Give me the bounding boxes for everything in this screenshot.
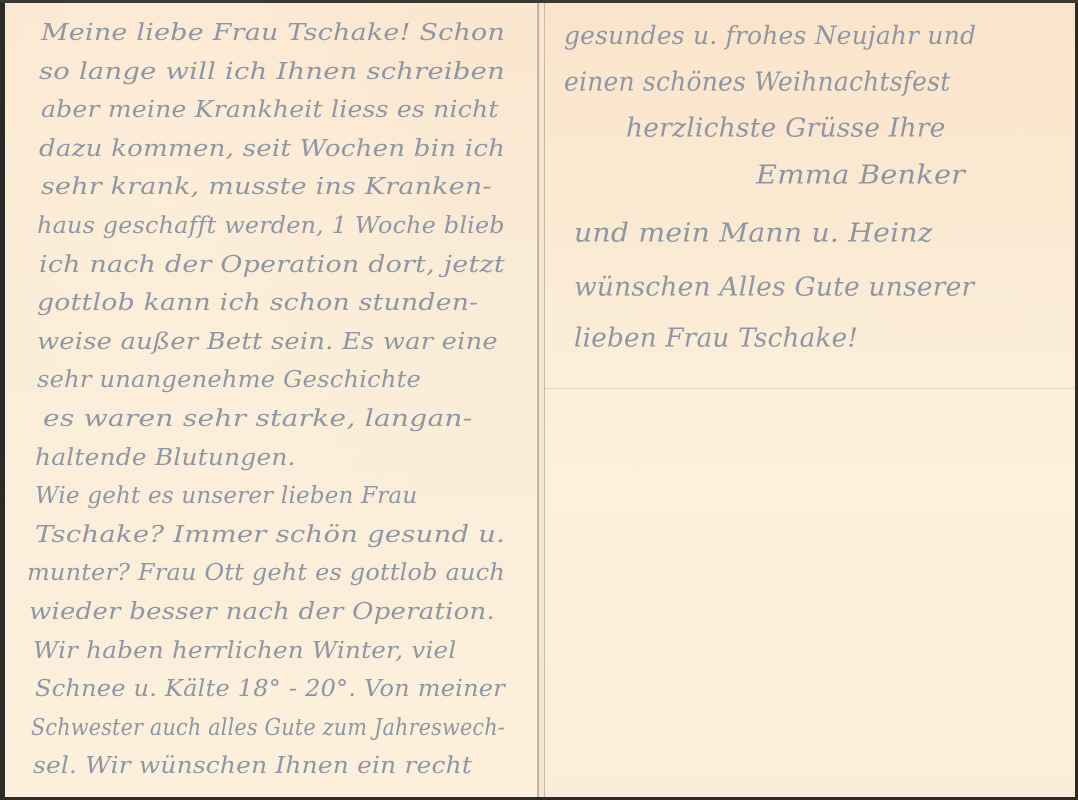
letter-line: munter? Frau Ott geht es gottlob auch	[27, 560, 505, 586]
letter-line: sehr krank, musste ins Kranken-	[41, 174, 492, 200]
letter-line: gottlob kann ich schon stunden-	[37, 290, 478, 316]
letter-line: aber meine Krankheit liess es nicht	[41, 97, 499, 123]
letter-line: herzlichste Grüsse Ihre	[626, 112, 946, 142]
letter-line: wieder besser nach der Operation.	[29, 599, 495, 625]
left-page: Meine liebe Frau Tschake! Schonso lange …	[5, 3, 538, 797]
right-page: gesundes u. frohes Neujahr und einen sch…	[538, 3, 1075, 797]
letter-line: sehr unangenehme Geschichte	[37, 367, 421, 393]
letter-line: es waren sehr starke, langan-	[43, 406, 472, 432]
center-fold	[538, 3, 545, 797]
letter-line: Wie geht es unserer lieben Frau	[35, 483, 417, 509]
letter-line: wünschen Alles Gute unserer	[574, 271, 974, 301]
letter-line: Meine liebe Frau Tschake! Schon	[41, 20, 505, 46]
letter-line: ich nach der Operation dort, jetzt	[39, 252, 505, 278]
letter-line: weise außer Bett sein. Es war eine	[37, 329, 498, 355]
letter-line: sel. Wir wünschen Ihnen ein recht	[33, 753, 472, 779]
letter-line: haltende Blutungen.	[35, 445, 296, 471]
letter-line: dazu kommen, seit Wochen bin ich	[39, 136, 505, 162]
letter-line: Wir haben herrlichen Winter, viel	[33, 638, 456, 664]
letter-line: und mein Mann u. Heinz	[574, 217, 933, 247]
letter-line: Tschake? Immer schön gesund u.	[35, 522, 505, 548]
horizontal-fold-line	[538, 388, 1075, 389]
letter-line: haus geschafft werden, 1 Woche blieb	[37, 213, 505, 239]
letter-line: Schwester auch alles Gute zum Jahreswech…	[31, 715, 505, 741]
letter-line: lieben Frau Tschake!	[574, 322, 858, 352]
letter-line: so lange will ich Ihnen schreiben	[39, 59, 505, 85]
letter-line: einen schönes Weihnachtsfest	[564, 66, 950, 96]
signature: Emma Benker	[756, 159, 965, 189]
letter-spread: Meine liebe Frau Tschake! Schonso lange …	[5, 3, 1075, 797]
letter-line: Schnee u. Kälte 18° - 20°. Von meiner	[35, 676, 505, 702]
letter-line: gesundes u. frohes Neujahr und	[564, 21, 976, 50]
